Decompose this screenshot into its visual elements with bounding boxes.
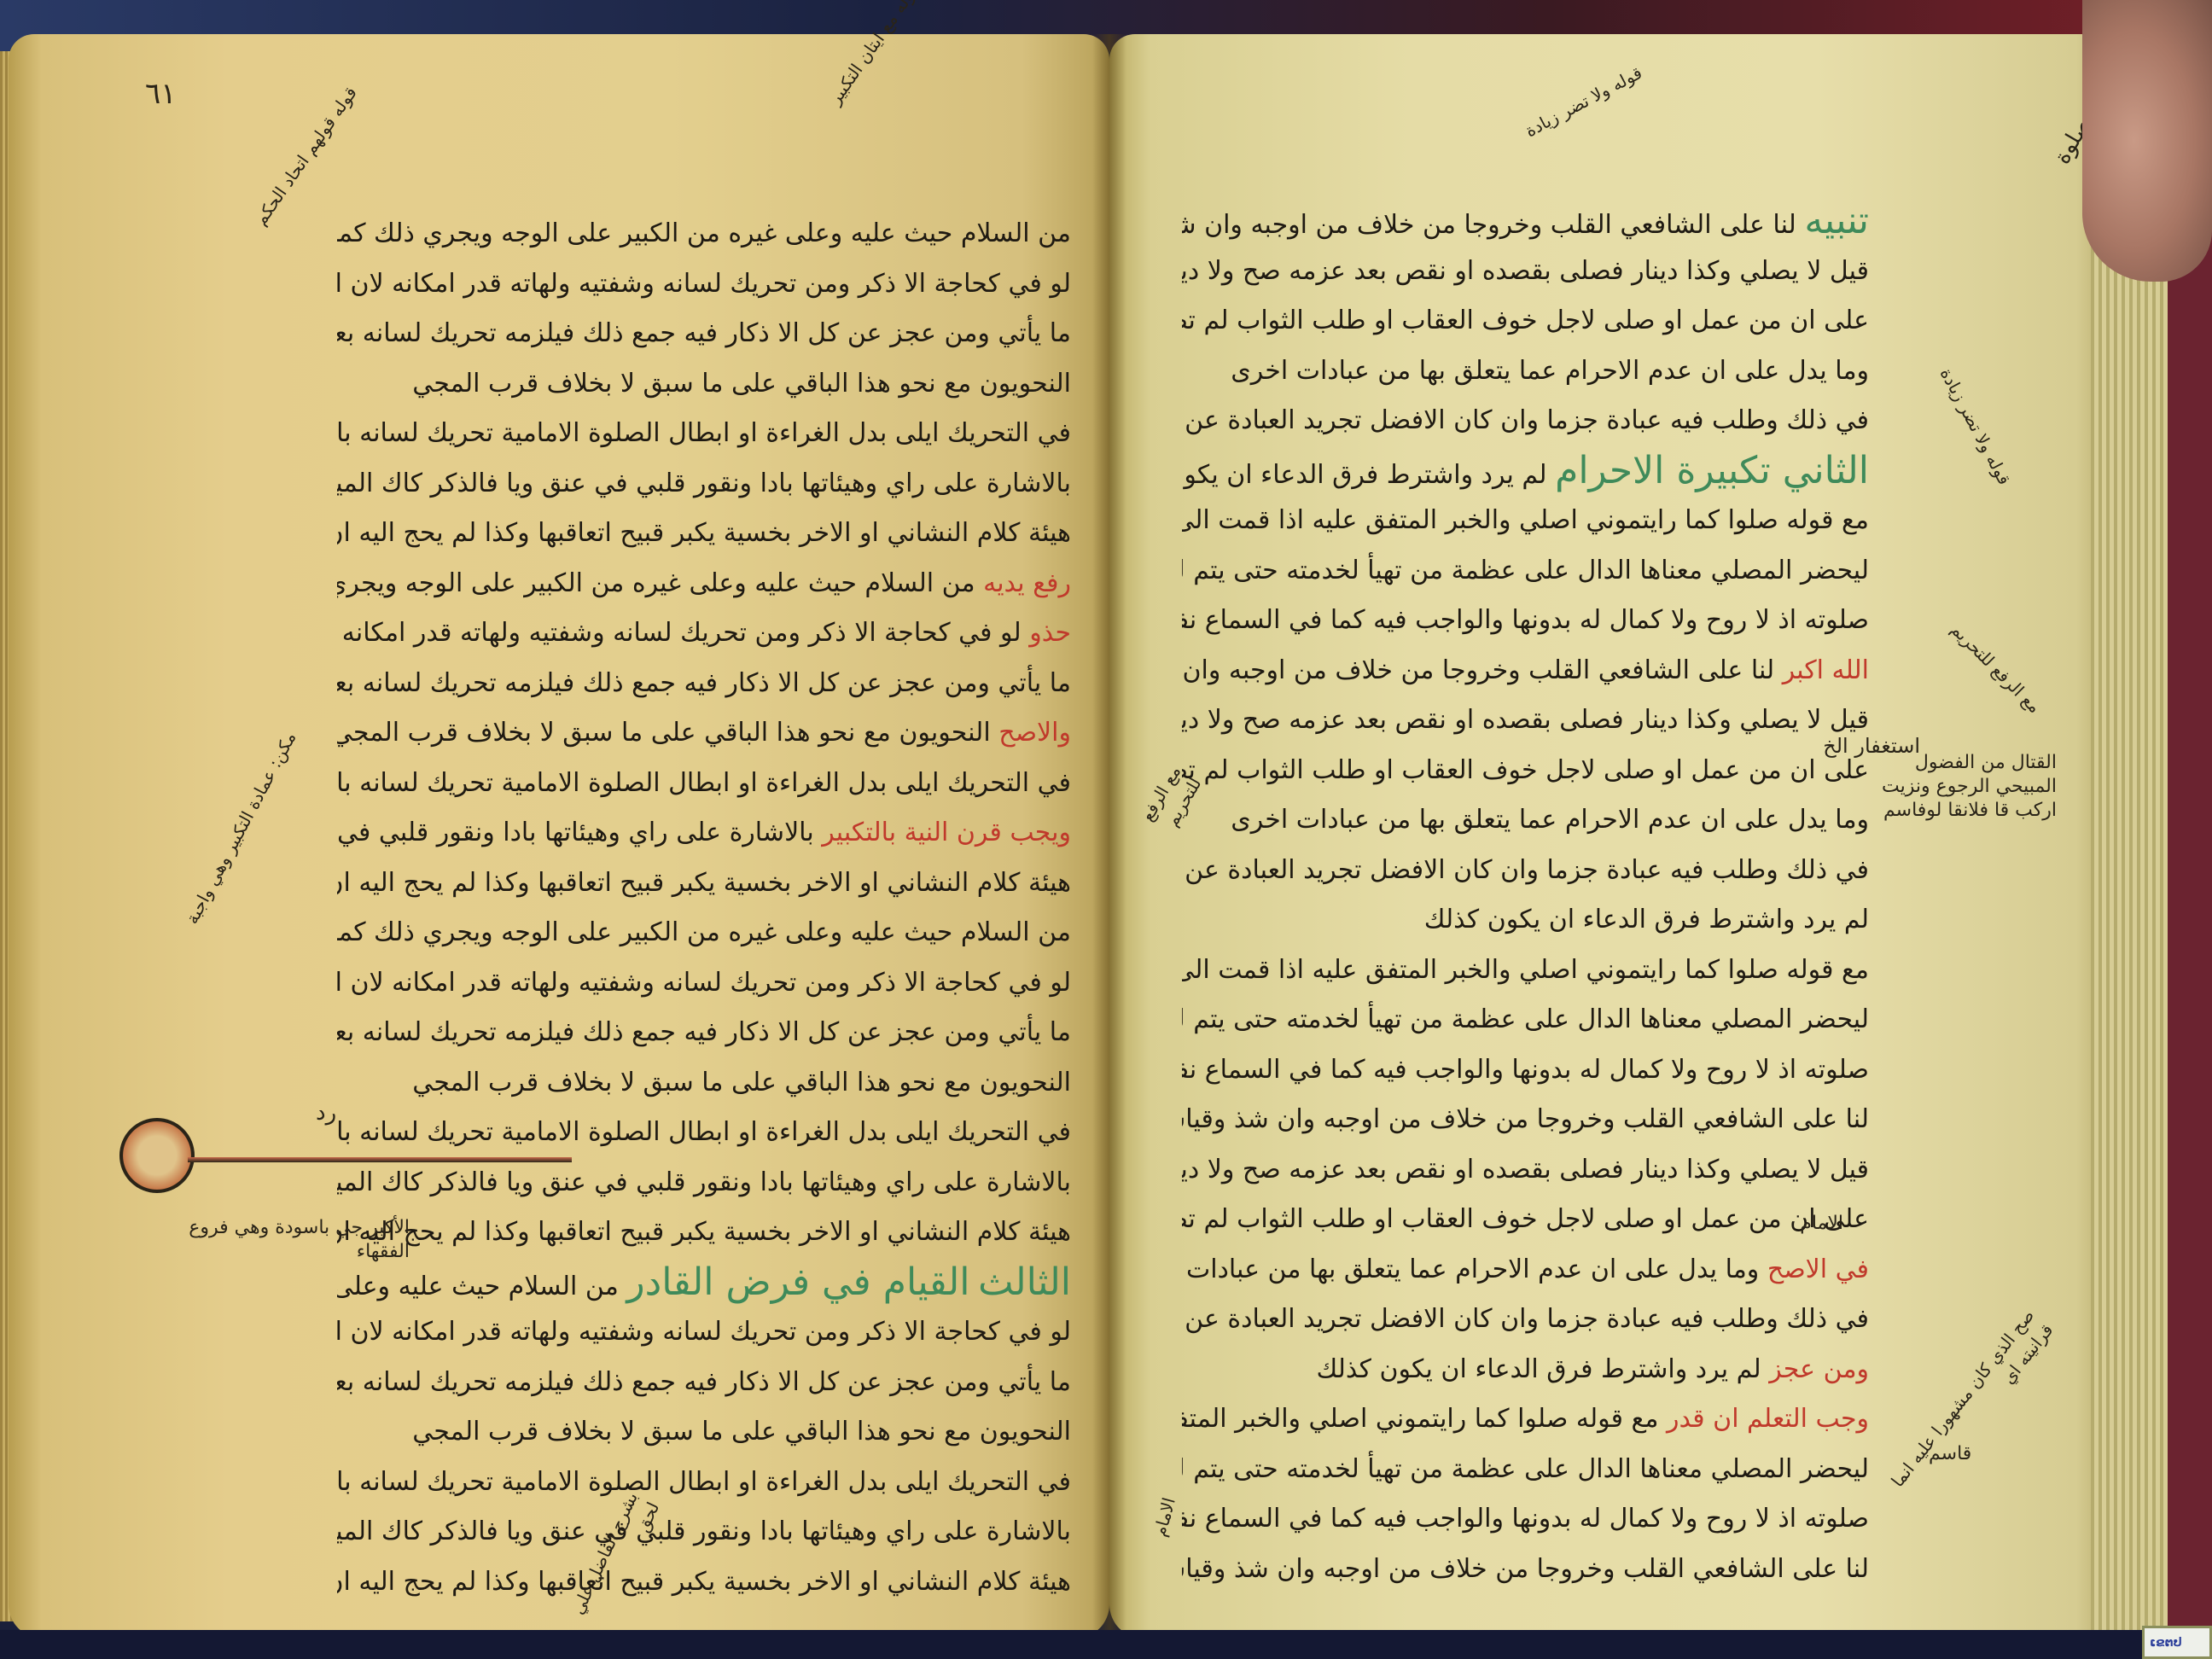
text-line: ما يأتي ومن عجز عن كل الا ذكار فيه جمع ذ… — [337, 1008, 1071, 1058]
background-bottom — [0, 1630, 2212, 1659]
text-line: من السلام حيث عليه وعلى غيره من الكبير ع… — [337, 209, 1071, 259]
library-label: ເຂຕປ — [2142, 1626, 2212, 1659]
margin-mark: رد — [316, 1101, 336, 1125]
text-line: ما يأتي ومن عجز عن كل الا ذكار فيه جمع ذ… — [337, 309, 1071, 359]
text-fragment: النحويون مع نحو هذا الباقي على ما سبق لا… — [337, 718, 991, 748]
text-line-with-rubric: لنا على الشافعي القلب وخروجا من خلاف من … — [1182, 1095, 1869, 1145]
text-line: قيل لا يصلي وكذا دينار فصلى بقصده او نقص… — [1182, 696, 1869, 746]
text-line: وما يدل على ان عدم الاحرام عما يتعلق بها… — [1182, 346, 1869, 397]
rubric: ويجب قرن النية بالتكبير — [822, 818, 1071, 847]
heading-line: تنبيه لنا على الشافعي القلب وخروجا من خل… — [1182, 196, 1869, 247]
text-line: في ذلك وطلب فيه عبادة جزما وان كان الافض… — [1182, 396, 1869, 446]
heading-line: الثالث القيام في فرض القادر من السلام حي… — [337, 1258, 1071, 1308]
text-fragment: من السلام حيث عليه وعلى غيره من الكبير ع… — [337, 568, 975, 598]
text-line: لنا على الشافعي القلب وخروجا من خلاف من … — [1182, 1545, 1869, 1595]
text-fragment: صلوته اذ لا روح ولا كمال له بدونها والوا… — [1182, 1055, 1869, 1085]
text-line: مع قوله صلوا كما رايتموني اصلي والخبر ال… — [1182, 946, 1869, 996]
text-fragment: لو في كحاجة الا ذكر ومن تحريك لسانه وشفت… — [337, 618, 1022, 648]
text-line: في ذلك وطلب فيه عبادة جزما وان كان الافض… — [1182, 846, 1869, 896]
text-line-with-rubric: في ذلك وطلب فيه عبادة جزما وان كان الافض… — [1182, 1295, 1869, 1345]
rubric: رفع يديه — [983, 568, 1071, 598]
seal-medallion-icon — [119, 1118, 195, 1193]
text-line: وما يدل على ان عدم الاحرام عما يتعلق بها… — [1182, 795, 1869, 846]
text-line: هيئة كلام النشاني او الاخر بخسية يكبر قب… — [337, 1208, 1071, 1258]
text-line: ما يأتي ومن عجز عن كل الا ذكار فيه جمع ذ… — [337, 659, 1071, 709]
text-fragment: بالاشارة على راي وهيئاتها بادا ونقور قلب… — [337, 818, 814, 847]
margin-note: الامام — [1758, 1212, 1843, 1236]
text-fragment: مع قوله صلوا كما رايتموني اصلي والخبر ال… — [1182, 1404, 1659, 1434]
right-page-stack — [2091, 51, 2168, 1630]
text-fragment: لنا على الشافعي القلب وخروجا من خلاف من … — [1182, 655, 1774, 685]
text-line-with-rubric: صلوته اذ لا روح ولا كمال له بدونها والوا… — [1182, 596, 1869, 646]
section-heading: تنبيه — [1804, 199, 1869, 242]
text-line-with-rubric: رفع يديه من السلام حيث عليه وعلى غيره من… — [337, 559, 1071, 609]
left-page-text: من السلام حيث عليه وعلى غيره من الكبير ع… — [337, 209, 1071, 1607]
rubric: حذو — [1029, 618, 1071, 648]
text-line-with-rubric: صلوته اذ لا روح ولا كمال له بدونها والوا… — [1182, 1045, 1869, 1096]
text-line: لو في كحاجة الا ذكر ومن تحريك لسانه وشفت… — [337, 958, 1071, 1009]
text-line: بالاشارة على راي وهيئاتها بادا ونقور قلب… — [337, 1507, 1071, 1557]
text-line: ليحضر المصلي معناها الدال على عظمة من ته… — [1182, 995, 1869, 1045]
rubric: والاصح — [998, 718, 1071, 748]
text-line: في التحريك ايلى بدل الغراءة او ابطال الص… — [337, 759, 1071, 809]
text-fragment: لم يرد واشترط فرق الدعاء ان يكون كذلك — [1316, 1354, 1761, 1384]
rubric: وجب التعلم ان قدر — [1667, 1404, 1869, 1434]
text-line: لم يرد واشترط فرق الدعاء ان يكون كذلك — [1182, 895, 1869, 946]
section-heading: الثاني تكبيرة الاحرام — [1555, 449, 1869, 492]
text-line-with-rubric: في الاصح وما يدل على ان عدم الاحرام عما … — [1182, 1245, 1869, 1295]
text-line: هيئة كلام النشاني او الاخر بخسية يكبر قب… — [337, 1557, 1071, 1608]
rubric: في الاصح — [1767, 1254, 1869, 1284]
text-line: في التحريك ايلى بدل الغراءة او ابطال الص… — [337, 1458, 1071, 1508]
text-line: في التحريك ايلى بدل الغراءة او ابطال الص… — [337, 409, 1071, 459]
right-page-text: تنبيه لنا على الشافعي القلب وخروجا من خل… — [1182, 196, 1869, 1594]
section-heading: القيام في فرض القادر — [626, 1260, 969, 1304]
text-line: النحويون مع نحو هذا الباقي على ما سبق لا… — [337, 1058, 1071, 1109]
text-fragment: لنا على الشافعي القلب وخروجا من خلاف من … — [1182, 210, 1796, 240]
text-line: في التحريك ايلى بدل الغراءة او ابطال الص… — [337, 1108, 1071, 1158]
text-line-with-rubric: ويجب قرن النية بالتكبير بالاشارة على راي… — [337, 808, 1071, 859]
text-line: صلوته اذ لا روح ولا كمال له بدونها والوا… — [1182, 1494, 1869, 1545]
text-fragment: لنا على الشافعي القلب وخروجا من خلاف من … — [1182, 1104, 1869, 1134]
text-line: مع قوله صلوا كما رايتموني اصلي والخبر ال… — [1182, 496, 1869, 546]
text-line: على ان من عمل او صلى لاجل خوف العقاب او … — [1182, 296, 1869, 346]
text-line: ليحضر المصلي معناها الدال على عظمة من ته… — [1182, 546, 1869, 597]
text-fragment: في ذلك وطلب فيه عبادة جزما وان كان الافض… — [1182, 1304, 1869, 1334]
thumb — [2082, 0, 2212, 282]
margin-signature: قاسم — [1929, 1442, 1971, 1466]
text-line: النحويون مع نحو هذا الباقي على ما سبق لا… — [337, 1407, 1071, 1458]
text-line-with-rubric: الله اكبر لنا على الشافعي القلب وخروجا م… — [1182, 646, 1869, 696]
text-line: على ان من عمل او صلى لاجل خوف العقاب او … — [1182, 746, 1869, 796]
text-line: ما يأتي ومن عجز عن كل الا ذكار فيه جمع ذ… — [337, 1358, 1071, 1408]
text-fragment: صلوته اذ لا روح ولا كمال له بدونها والوا… — [1182, 605, 1869, 635]
text-line: ليحضر المصلي معناها الدال على عظمة من ته… — [1182, 1445, 1869, 1495]
text-line: لو في كحاجة الا ذكر ومن تحريك لسانه وشفت… — [337, 1307, 1071, 1358]
text-line: بالاشارة على راي وهيئاتها بادا ونقور قلب… — [337, 1158, 1071, 1208]
text-fragment: لم يرد واشترط فرق الدعاء ان يكون كذلك — [1182, 460, 1547, 490]
text-line: بالاشارة على راي وهيئاتها بادا ونقور قلب… — [337, 459, 1071, 509]
text-line: هيئة كلام النشاني او الاخر بخسية يكبر قب… — [337, 509, 1071, 559]
rubric-rule — [188, 1157, 572, 1162]
text-line: قيل لا يصلي وكذا دينار فصلى بقصده او نقص… — [1182, 247, 1869, 297]
text-line: لو في كحاجة الا ذكر ومن تحريك لسانه وشفت… — [337, 259, 1071, 310]
text-line-with-rubric: من السلام حيث عليه وعلى غيره من الكبير ع… — [337, 908, 1071, 958]
margin-note: القتال من الفضول المبيحي الرجوع ونزيت ار… — [1869, 751, 2057, 823]
text-fragment: من السلام حيث عليه وعلى غيره من الكبير ع… — [337, 1272, 619, 1301]
text-line: هيئة كلام النشاني او الاخر بخسية يكبر قب… — [337, 859, 1071, 909]
text-fragment: من السلام حيث عليه وعلى غيره من الكبير ع… — [337, 917, 1071, 947]
page-number: ٦١ — [145, 77, 177, 111]
text-line-with-rubric: حذو لو في كحاجة الا ذكر ومن تحريك لسانه … — [337, 608, 1071, 659]
text-line-with-rubric: والاصح النحويون مع نحو هذا الباقي على ما… — [337, 708, 1071, 759]
text-fragment: وما يدل على ان عدم الاحرام عما يتعلق بها… — [1182, 1254, 1759, 1284]
text-line-with-rubric: وجب التعلم ان قدر مع قوله صلوا كما رايتم… — [1182, 1394, 1869, 1445]
rubric: الله اكبر — [1783, 655, 1869, 685]
text-line: قيل لا يصلي وكذا دينار فصلى بقصده او نقص… — [1182, 1145, 1869, 1196]
text-line: النحويون مع نحو هذا الباقي على ما سبق لا… — [337, 359, 1071, 410]
margin-note: الأكبر جي باسودة وهي فروع الفقهاء — [171, 1216, 410, 1264]
heading-line: الثاني تكبيرة الاحرام لم يرد واشترط فرق … — [1182, 446, 1869, 497]
section-heading: الثالث — [978, 1260, 1071, 1304]
text-line-with-rubric: ومن عجز لم يرد واشترط فرق الدعاء ان يكون… — [1182, 1345, 1869, 1395]
rubric: ومن عجز — [1769, 1354, 1869, 1384]
